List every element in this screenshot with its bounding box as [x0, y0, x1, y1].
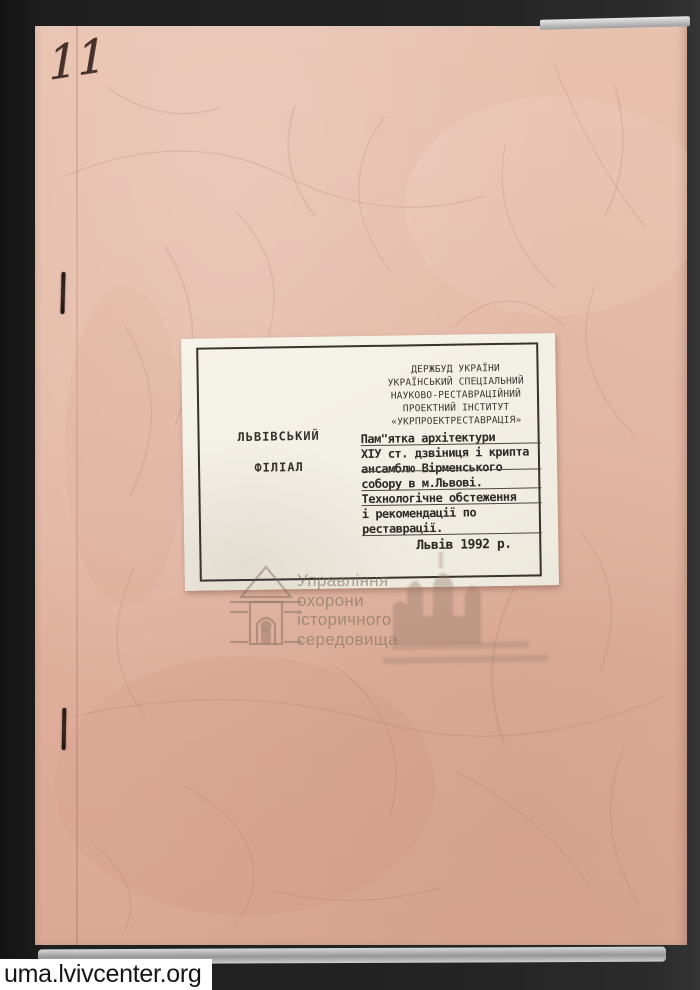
branch-name-line: ФІЛІАЛ — [221, 460, 337, 476]
handwritten-page-number: 11 — [48, 27, 107, 91]
heritage-office-logo-watermark — [227, 564, 305, 648]
watermark-text-line: охорони — [297, 591, 398, 611]
church-silhouette-watermark — [385, 544, 503, 648]
branch-name: ЛЬВІВСЬКИЙ ФІЛІАЛ — [220, 429, 337, 476]
document-title-line: реставрації. — [362, 519, 539, 537]
institute-header-line: НАУКОВО-РЕСТАВРАЦІЙНИЙ — [370, 387, 542, 403]
source-watermark-bar: uma.lvivcenter.org — [0, 959, 212, 990]
branch-name-line: ЛЬВІВСЬКИЙ — [220, 429, 336, 445]
document-title: Пам"ятка архітектури ХІУ ст. дзвіниця і … — [361, 429, 540, 537]
heritage-office-watermark-text: Управління охорони історичного середовищ… — [297, 571, 398, 649]
staple-top — [60, 272, 65, 314]
source-watermark-text: uma.lvivcenter.org — [0, 960, 201, 989]
vertical-fold-line — [76, 26, 78, 945]
watermark-text-line: Управління — [297, 571, 398, 591]
scanned-page-container: 11 ДЕРЖБУД УКРАЇНИ УКРАЇНСЬКИЙ СПЕЦІАЛЬН… — [0, 0, 700, 990]
watermark-text-line: середовища — [297, 630, 398, 650]
staple-bottom — [62, 708, 67, 750]
watermark-text-line: історичного — [297, 610, 398, 630]
institute-header: ДЕРЖБУД УКРАЇНИ УКРАЇНСЬКИЙ СПЕЦІАЛЬНИЙ … — [369, 361, 542, 429]
institute-header-line: «УКРПРОЕКТРЕСТАВРАЦІЯ» — [370, 413, 542, 429]
document-cover-paper: 11 ДЕРЖБУД УКРАЇНИ УКРАЇНСЬКИЙ СПЕЦІАЛЬН… — [35, 26, 687, 945]
